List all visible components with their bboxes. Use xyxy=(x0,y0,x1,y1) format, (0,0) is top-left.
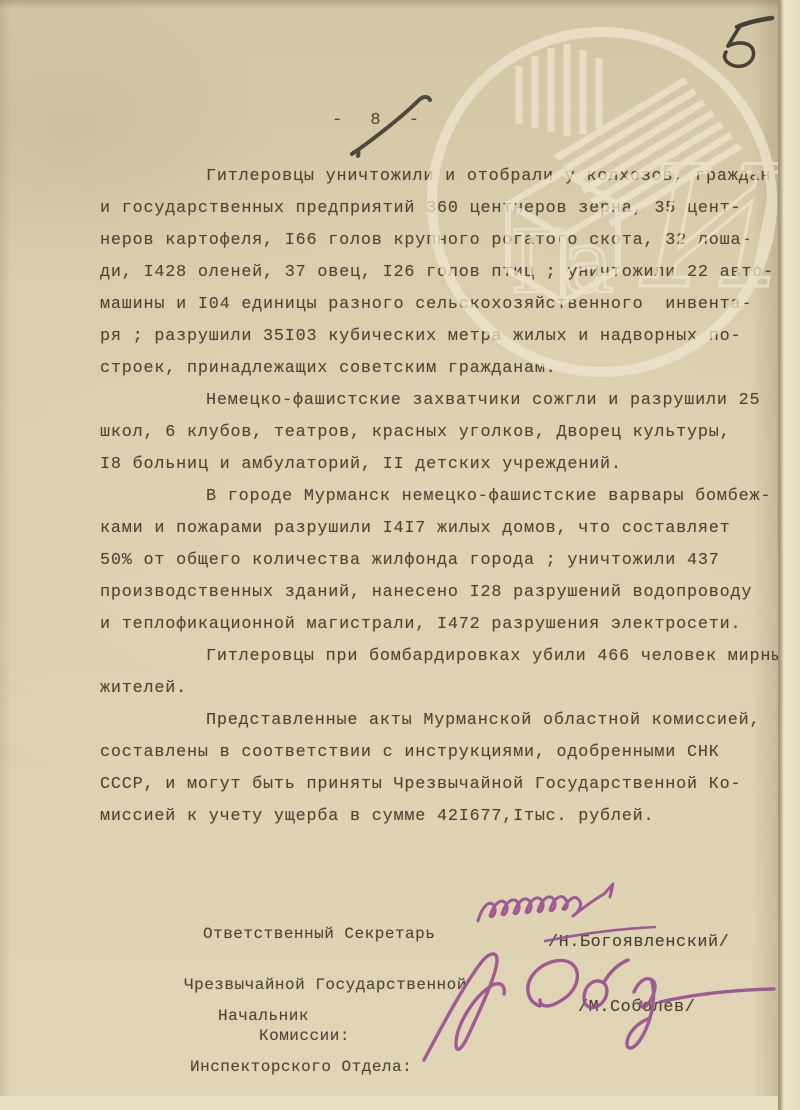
typed-text-block: Гитлеровцы уничтожили и отобрали у колхо… xyxy=(100,161,778,833)
typed-line: школ, 6 клубов, театров, красных уголков… xyxy=(100,417,778,449)
typed-line: В городе Мурманск немецко-фашистские вар… xyxy=(100,481,778,513)
scanned-document: { "page_marks": { "handwritten_page_numb… xyxy=(0,0,800,1110)
page-right-edge xyxy=(778,0,800,1110)
page-bottom-edge xyxy=(0,1096,778,1110)
signature2-title-line: Инспекторского Отдела: xyxy=(190,1059,412,1076)
typed-line: миссией к учету ущерба в сумме 42I677,Iт… xyxy=(100,801,778,833)
typed-line: строек, принадлежащих советским граждана… xyxy=(100,353,778,385)
typed-line: и государственных предприятий 360 центне… xyxy=(100,193,778,225)
typed-line: жителей. xyxy=(100,673,778,705)
signature2-title: Начальник Инспекторского Отдела: xyxy=(185,974,412,1096)
typed-line: СССР, и могут быть приняты Чрезвычайной … xyxy=(100,769,778,801)
typed-line: Гитлеровцы уничтожили и отобрали у колхо… xyxy=(100,161,778,193)
typed-line: и теплофикационной магистрали, I472 разр… xyxy=(100,609,778,641)
typed-line: машины и I04 единицы разного сельскохозя… xyxy=(100,289,778,321)
typed-line: неров картофеля, I66 голов крупного рога… xyxy=(100,225,778,257)
typed-line: ками и пожарами разрушили I4I7 жилых дом… xyxy=(100,513,778,545)
typed-line: Немецко-фашистские захватчики сожгли и р… xyxy=(100,385,778,417)
typed-line: ди, I428 оленей, 37 овец, I26 голов птиц… xyxy=(100,257,778,289)
signature1-title-line: Ответственный Секретарь xyxy=(203,926,467,943)
typed-sheet-number: - 8 - xyxy=(332,111,428,130)
typed-line: 50% от общего количества жилфонда города… xyxy=(100,545,778,577)
paper-sheet: - 8 - Гитлеровцы уничтожили и отобрали у… xyxy=(0,0,778,1096)
signature2-typed-name: /М.Соболев/ xyxy=(578,998,695,1017)
typed-line: Представленные акты Мурманской областной… xyxy=(100,705,778,737)
typed-line: I8 больниц и амбулаторий, II детских учр… xyxy=(100,449,778,481)
signature1-typed-name: /Н.Богоявленский/ xyxy=(548,933,729,952)
typed-line: составлены в соответствии с инструкциями… xyxy=(100,737,778,769)
typed-line: производственных зданий, нанесено I28 ра… xyxy=(100,577,778,609)
signature2-title-line: Начальник xyxy=(218,1008,412,1025)
typed-line: Гитлеровцы при бомбардировках убили 466 … xyxy=(100,641,778,673)
typed-line: ря ; разрушили 35I03 кубических метра жи… xyxy=(100,321,778,353)
